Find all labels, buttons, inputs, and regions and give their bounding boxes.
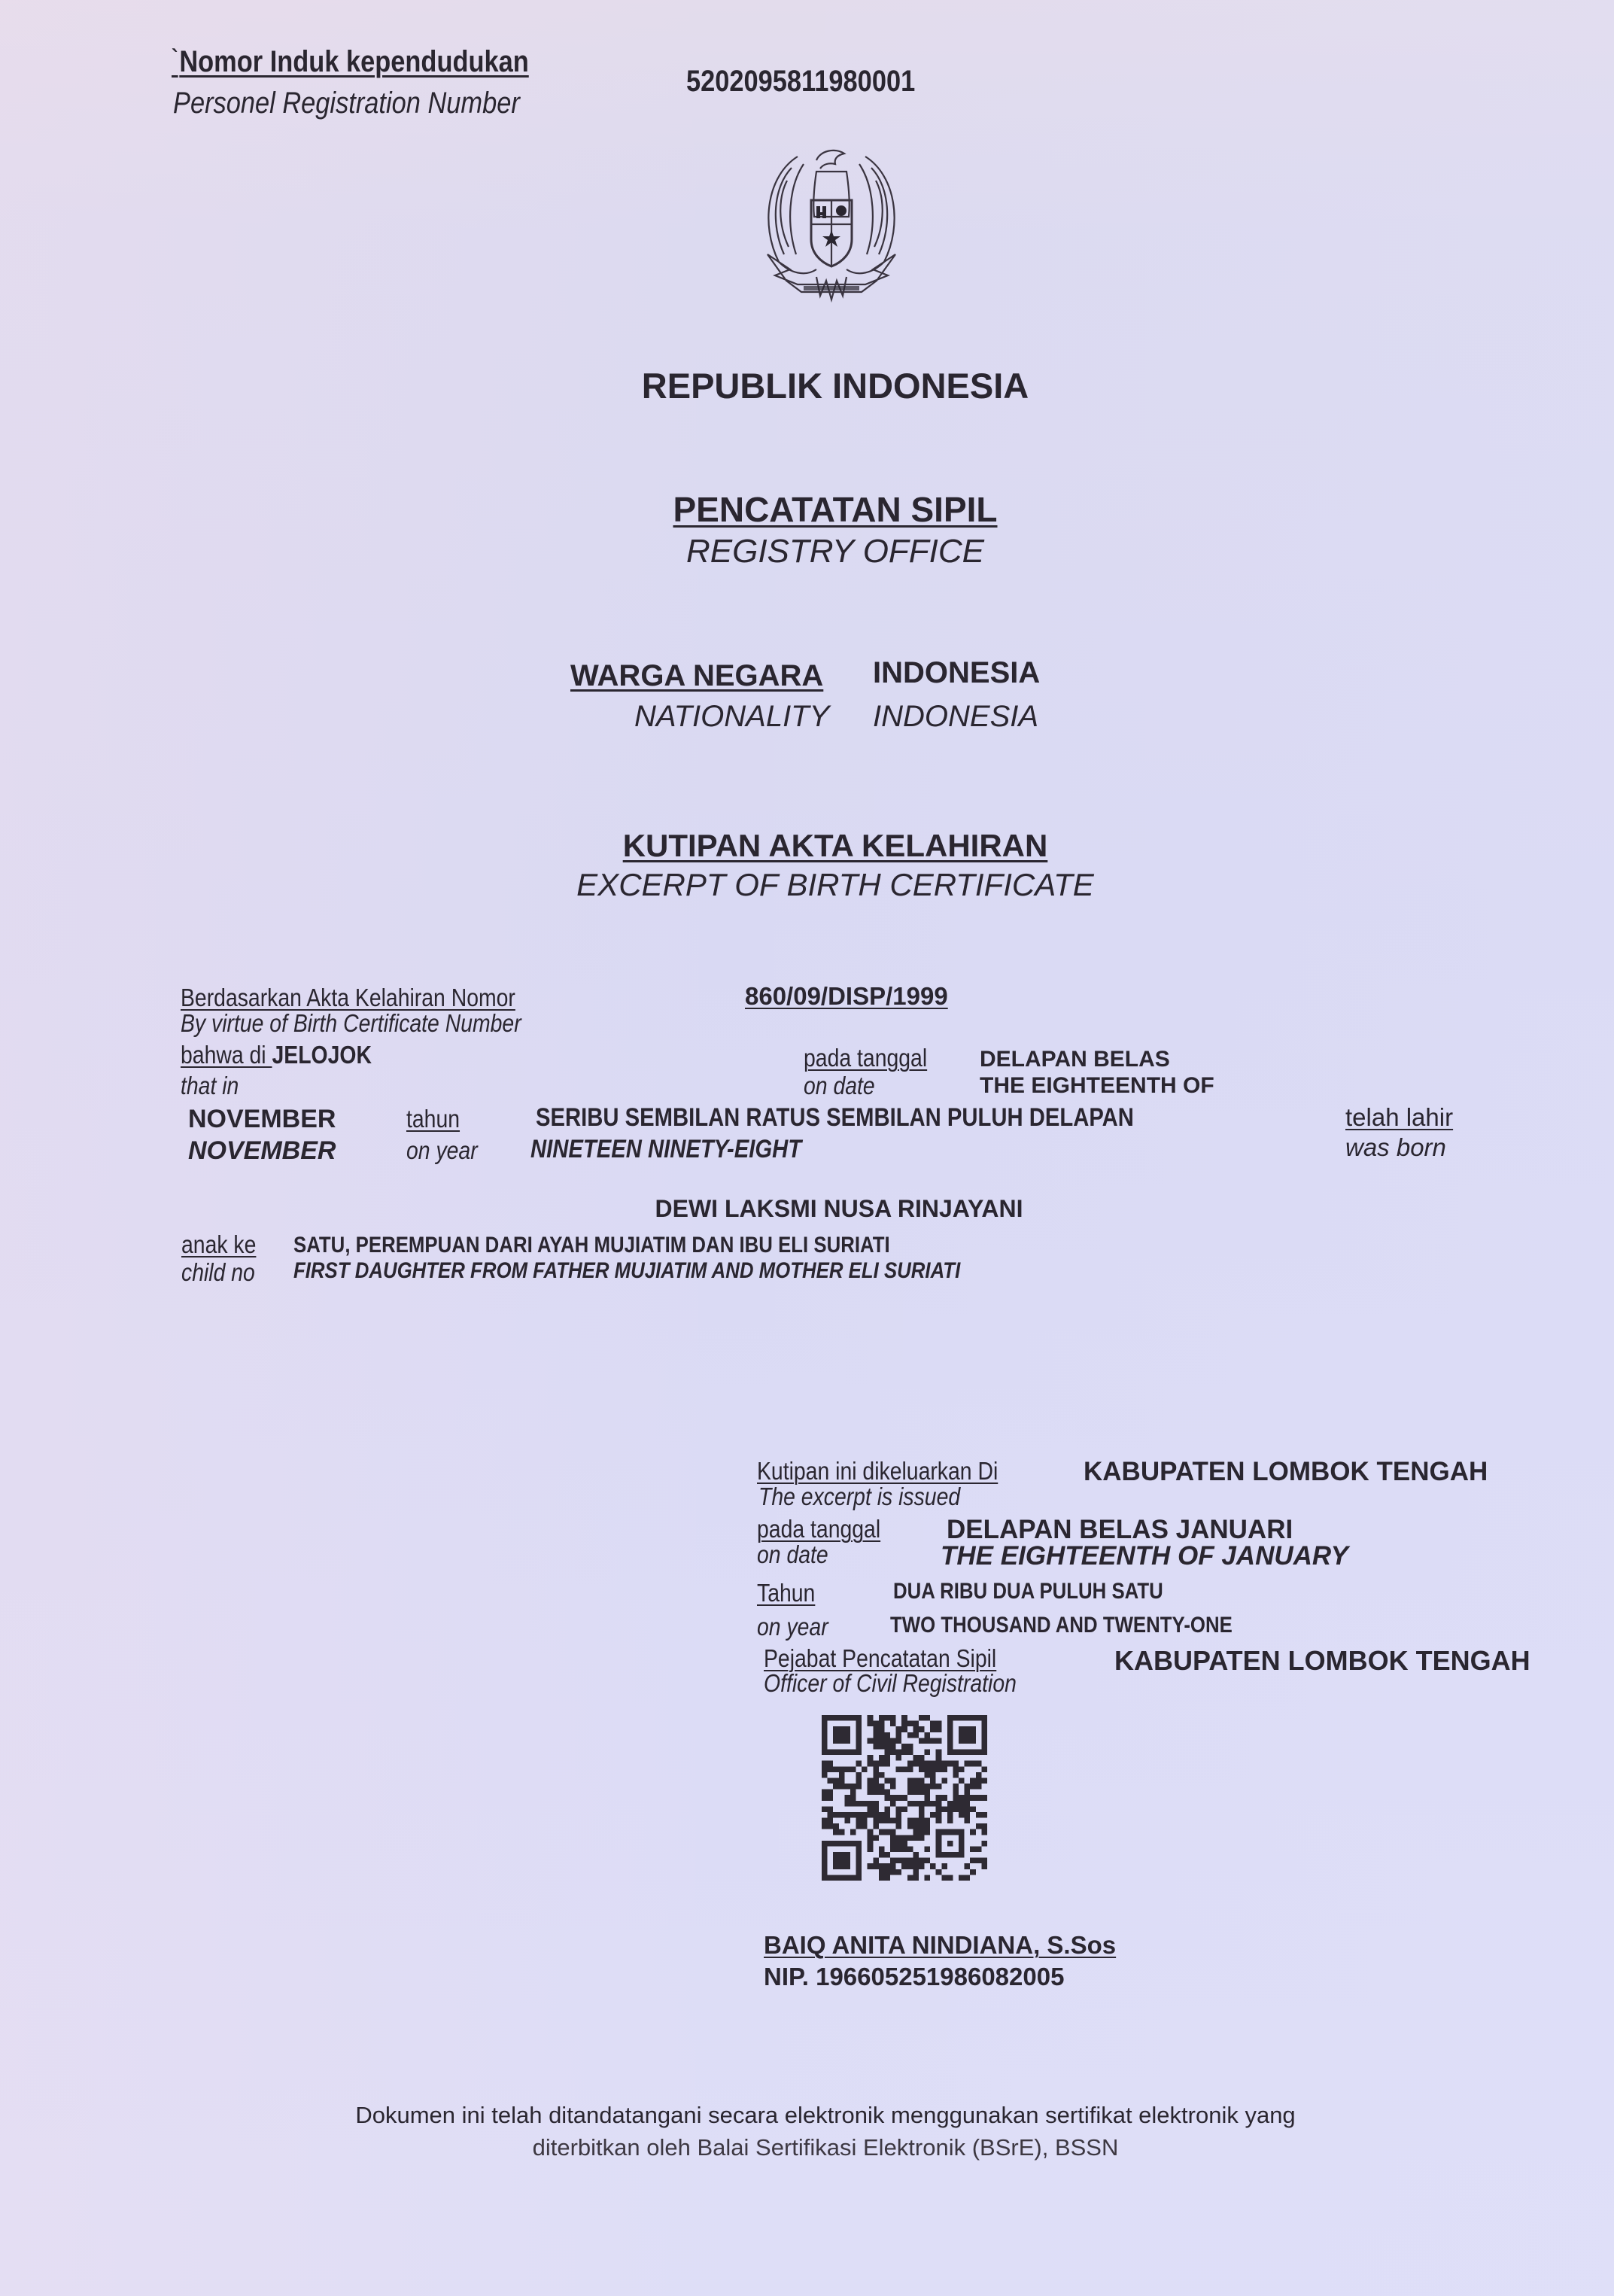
- birth-month-value-en: NOVEMBER: [188, 1136, 336, 1166]
- e-signature-notice-line1: Dokumen ini telah ditandatangani secara …: [355, 2102, 1295, 2129]
- issue-date-label-en: on date: [757, 1540, 828, 1569]
- nik-label: `Nomor Induk kependudukan: [172, 45, 529, 79]
- birth-place-label-en: that in: [181, 1072, 239, 1100]
- birth-place-label: bahwa di: [181, 1041, 272, 1069]
- birth-date-value: DELAPAN BELAS: [980, 1047, 1170, 1072]
- issue-date-value: DELAPAN BELAS JANUARI: [947, 1515, 1293, 1545]
- officer-value: KABUPATEN LOMBOK TENGAH: [1114, 1645, 1530, 1677]
- nationality-label: WARGA NEGARA: [570, 659, 823, 693]
- garuda-emblem-icon: [745, 141, 918, 318]
- nationality-value: INDONESIA: [873, 656, 1040, 690]
- birth-date-value-en: THE EIGHTEENTH OF: [980, 1073, 1214, 1099]
- issue-place-label-en: The excerpt is issued: [758, 1483, 960, 1511]
- issue-place-value: KABUPATEN LOMBOK TENGAH: [1084, 1457, 1488, 1487]
- birth-year-label: tahun: [406, 1105, 460, 1133]
- child-order-label-en: child no: [181, 1258, 255, 1287]
- issue-date-value-en: THE EIGHTEENTH OF JANUARY: [941, 1541, 1348, 1571]
- e-signature-notice-line2: diterbitkan oleh Balai Sertifikasi Elekt…: [533, 2134, 1119, 2161]
- child-order-value-en: FIRST DAUGHTER FROM FATHER MUJIATIM AND …: [293, 1258, 960, 1284]
- office-title: PENCATATAN SIPIL: [673, 489, 997, 530]
- child-order-value: SATU, PEREMPUAN DARI AYAH MUJIATIM DAN I…: [293, 1233, 890, 1258]
- certificate-number: 860/09/DISP/1999: [745, 982, 948, 1011]
- qr-code-icon[interactable]: [822, 1714, 987, 1881]
- child-name: DEWI LAKSMI NUSA RINJAYANI: [655, 1195, 1023, 1223]
- birth-place: bahwa di JELOJOK: [181, 1041, 372, 1069]
- issue-year-value: DUA RIBU DUA PULUH SATU: [893, 1579, 1163, 1604]
- issue-year-value-en: TWO THOUSAND AND TWENTY-ONE: [890, 1613, 1233, 1638]
- country-title: REPUBLIK INDONESIA: [642, 365, 1029, 406]
- birth-year-label-en: on year: [406, 1136, 478, 1165]
- nik-value: 5202095811980001: [686, 65, 915, 99]
- issue-date-label: pada tanggal: [757, 1515, 880, 1543]
- nationality-label-en: NATIONALITY: [634, 700, 829, 734]
- officer-label-en: Officer of Civil Registration: [764, 1669, 1017, 1698]
- document-title: KUTIPAN AKTA KELAHIRAN: [623, 828, 1048, 864]
- nik-label-en: Personel Registration Number: [173, 87, 520, 120]
- birth-month-value: NOVEMBER: [188, 1105, 336, 1134]
- issue-year-label-en: on year: [757, 1613, 828, 1641]
- child-order-label: anak ke: [181, 1230, 256, 1259]
- born-label: telah lahir: [1345, 1103, 1453, 1132]
- basis-label-en: By virtue of Birth Certificate Number: [181, 1009, 521, 1038]
- issue-place-label: Kutipan ini dikeluarkan Di: [757, 1457, 998, 1486]
- birth-year-value: SERIBU SEMBILAN RATUS SEMBILAN PULUH DEL…: [536, 1103, 1134, 1133]
- born-label-en: was born: [1345, 1133, 1446, 1162]
- birth-date-label: pada tanggal: [804, 1044, 927, 1072]
- document-title-en: EXCERPT OF BIRTH CERTIFICATE: [576, 867, 1094, 903]
- signer-nip: NIP. 196605251986082005: [764, 1963, 1064, 1991]
- birth-date-label-en: on date: [804, 1072, 875, 1100]
- signer-name: BAIQ ANITA NINDIANA, S.Sos: [764, 1931, 1116, 1960]
- office-title-en: REGISTRY OFFICE: [686, 533, 984, 570]
- basis-label: Berdasarkan Akta Kelahiran Nomor: [181, 984, 515, 1012]
- nationality-value-en: INDONESIA: [873, 700, 1038, 734]
- birth-year-value-en: NINETEEN NINETY-EIGHT: [530, 1135, 801, 1164]
- birth-place-value: JELOJOK: [272, 1041, 371, 1069]
- issue-year-label: Tahun: [757, 1579, 815, 1607]
